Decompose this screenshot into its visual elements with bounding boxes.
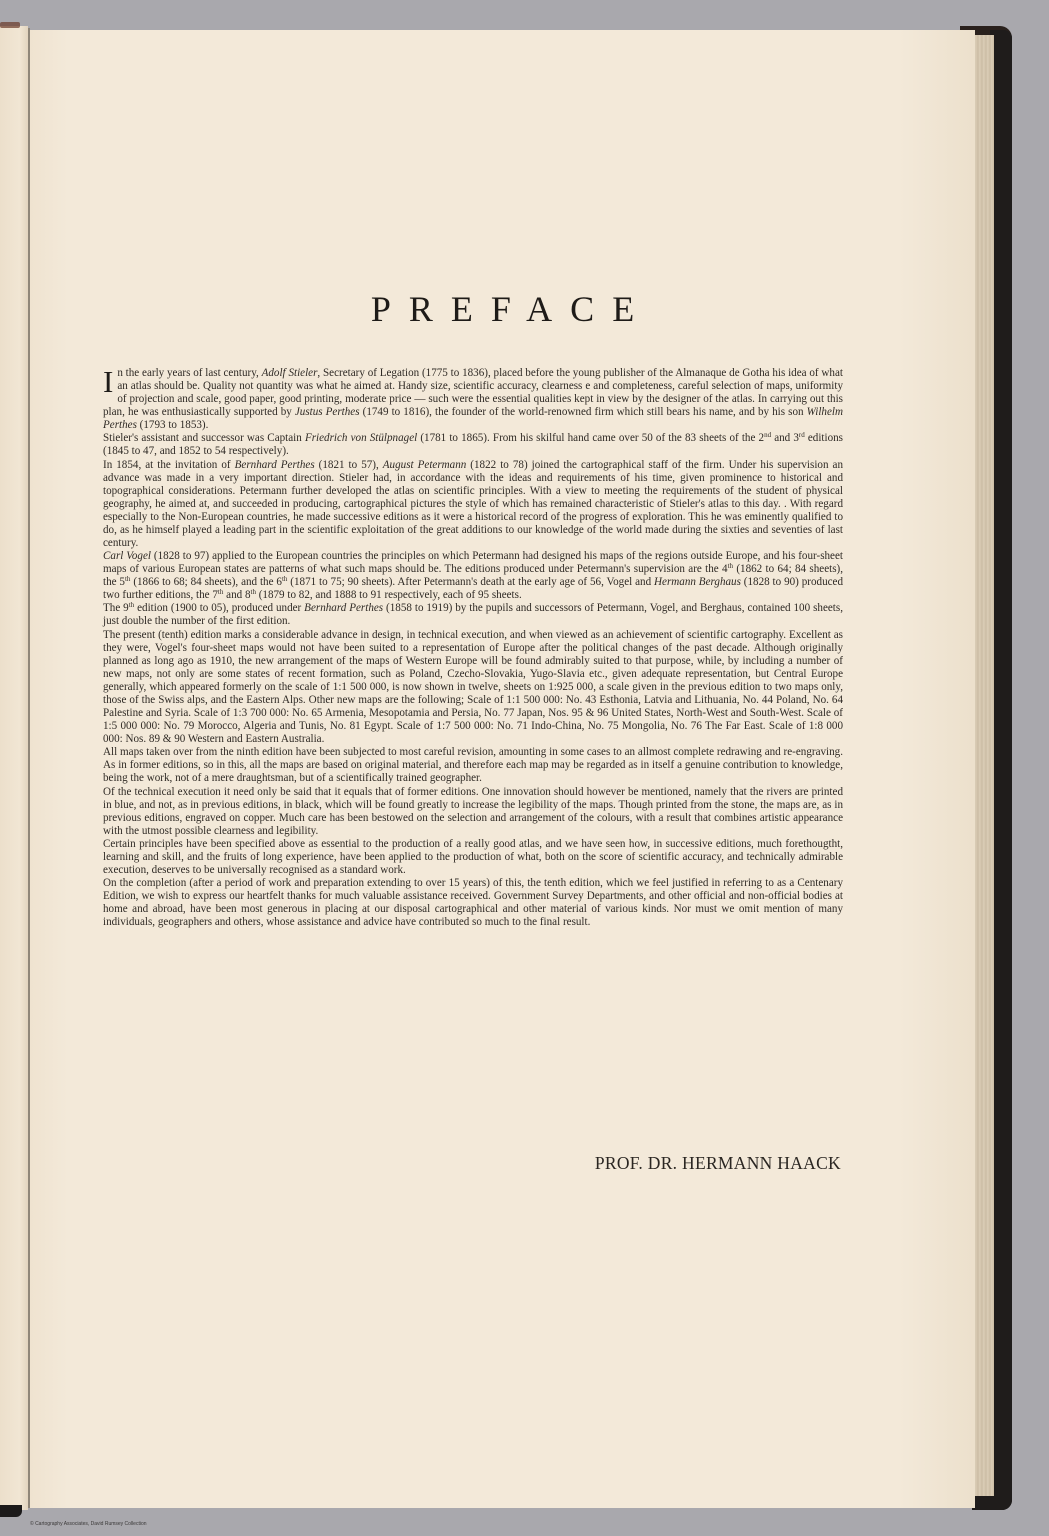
text-run: n the early years of last century, <box>117 367 261 379</box>
page-block-edges <box>972 35 994 1503</box>
preface-paragraph: The 9th edition (1900 to 05), produced u… <box>103 602 843 628</box>
text-run: The present (tenth) edition marks a cons… <box>103 629 843 746</box>
left-cover-corner <box>0 22 20 28</box>
person-name: Carl Vogel <box>103 550 151 562</box>
person-name: August Petermann <box>383 459 467 471</box>
text-run: All maps taken over from the ninth editi… <box>103 746 843 784</box>
preface-paragraph: Certain principles have been specified a… <box>103 838 843 877</box>
text-run: and 3 <box>771 432 799 444</box>
text-run: (1749 to 1816), the founder of the world… <box>360 406 807 418</box>
preface-paragraph: Carl Vogel (1828 to 97) applied to the E… <box>103 550 843 602</box>
text-run: edition (1900 to 05), produced under <box>134 602 304 614</box>
text-run: (1871 to 75; 90 sheets). After Petermann… <box>287 576 654 588</box>
preface-body: In the early years of last century, Adol… <box>103 367 843 929</box>
text-run: The 9 <box>103 602 129 614</box>
text-run: On the completion (after a period of wor… <box>103 877 843 928</box>
preface-paragraph: In 1854, at the invitation of Bernhard P… <box>103 459 843 551</box>
person-name: Adolf Stieler <box>262 367 318 379</box>
text-run: Stieler's assistant and successor was Ca… <box>103 432 305 444</box>
text-run: Certain principles have been specified a… <box>103 838 843 876</box>
left-page-edge <box>0 26 28 1510</box>
person-name: Bernhard Perthes <box>304 602 383 614</box>
text-run: Of the technical execution it need only … <box>103 786 843 837</box>
drop-cap: I <box>103 369 113 394</box>
left-cover-bottom <box>0 1505 22 1517</box>
preface-paragraph: Stieler's assistant and successor was Ca… <box>103 432 843 458</box>
text-run: (1879 to 82, and 1888 to 91 respectively… <box>256 589 522 601</box>
person-name: Bernhard Perthes <box>235 459 315 471</box>
person-name: Justus Perthes <box>295 406 360 418</box>
text-run: (1821 to 57), <box>315 459 383 471</box>
preface-paragraph: The present (tenth) edition marks a cons… <box>103 629 843 747</box>
collection-credit: © Cartography Associates, David Rumsey C… <box>30 1521 147 1527</box>
cover-bottom-corner <box>972 1496 1012 1510</box>
text-run: (1781 to 1865). From his skilful hand ca… <box>417 432 764 444</box>
person-name: Friedrich von Stülpnagel <box>305 432 417 444</box>
text-run: (1822 to 78) joined the cartographical s… <box>103 459 843 549</box>
author-signature: PROF. DR. HERMANN HAACK <box>30 1153 841 1174</box>
preface-paragraph: On the completion (after a period of wor… <box>103 877 843 929</box>
book-page: PREFACE In the early years of last centu… <box>30 30 975 1508</box>
page-title: PREFACE <box>30 288 975 330</box>
person-name: Hermann Berghaus <box>654 576 741 588</box>
text-run: (1793 to 1853). <box>137 419 209 431</box>
ordinal-suffix: nd <box>764 431 771 439</box>
text-run: and 8 <box>223 589 250 601</box>
text-run: (1866 to 68; 84 sheets), and the 6 <box>130 576 282 588</box>
preface-paragraph: In the early years of last century, Adol… <box>103 367 843 432</box>
preface-paragraph: Of the technical execution it need only … <box>103 786 843 838</box>
text-run: In 1854, at the invitation of <box>103 459 235 471</box>
preface-paragraph: All maps taken over from the ninth editi… <box>103 746 843 785</box>
